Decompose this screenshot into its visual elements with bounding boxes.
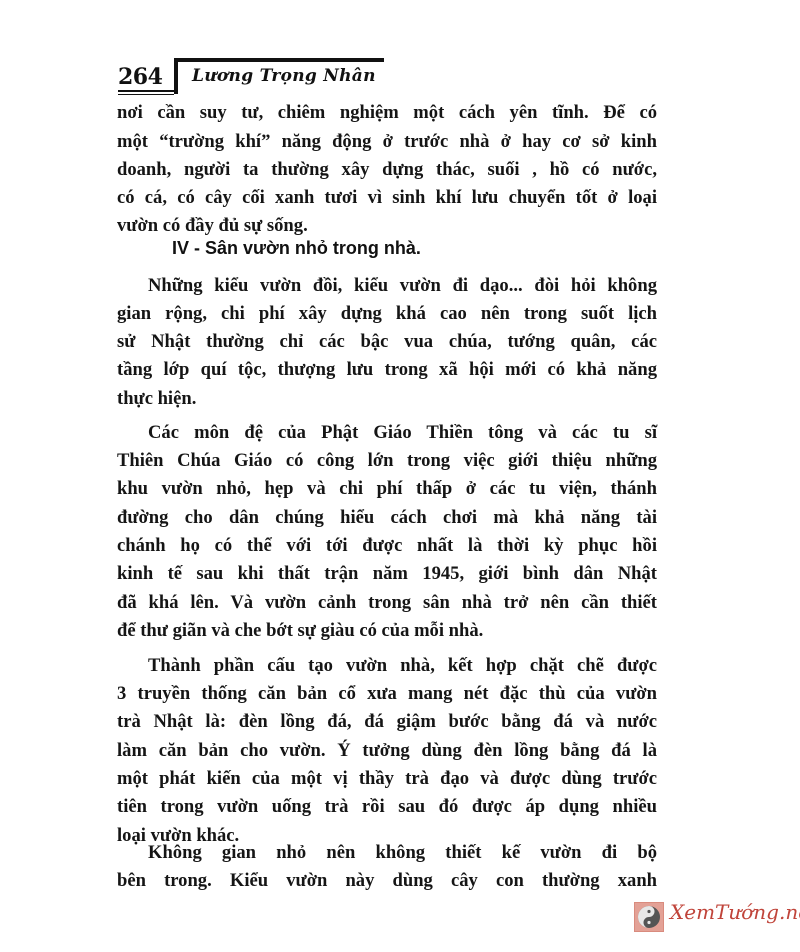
text-line: doanh, người ta thường xây dựng thác, su… [117,159,657,181]
text-line: Thiên Chúa Giáo có công lớn trong việc g… [117,450,657,472]
section-heading: IV - Sân vườn nhỏ trong nhà. [172,238,421,259]
text-line: làm căn bản cho vườn. Ý tưởng dùng đèn l… [117,740,657,762]
text-line: sử Nhật thường chỉ các bậc vua chúa, tướ… [117,331,657,353]
running-head-author: Lương Trọng Nhân [192,66,376,86]
text-line: bên trong. Kiểu vườn này dùng cây con th… [117,870,657,892]
text-line: đã khá lên. Và vườn cảnh trong sân nhà t… [117,592,657,614]
text-line: khu vườn nhỏ, hẹp và chi phí thấp ở các … [117,478,657,500]
text-line: Các môn đệ của Phật Giáo Thiền tông và c… [148,422,657,444]
text-line: một phát kiến của một vị thầy trà đạo và… [117,768,657,790]
text-line: 3 truyền thống căn bản cổ xưa mang nét đ… [117,683,657,705]
text-line: nơi cần suy tư, chiêm nghiệm một cách yê… [117,102,657,124]
text-line: Không gian nhỏ nên không thiết kế vườn đ… [148,842,657,864]
text-line: trà Nhật là: đèn lồng đá, đá giậm bước b… [117,711,657,733]
watermark-text: XemTướng.net [670,900,800,924]
page-number-underline-thin [118,94,174,95]
yin-yang-icon [634,902,664,932]
text-line: có cá, có cây cối xanh tươi vì sinh khí … [117,187,657,209]
text-line: tiên trong vườn uống trà rồi sau đó được… [117,796,657,818]
text-line: một “trường khí” năng động ở trước nhà ở… [117,131,657,153]
text-line: vườn có đầy đủ sự sống. [117,215,657,237]
header-rule-vertical [174,58,178,94]
text-line: Thành phần cấu tạo vườn nhà, kết hợp chặ… [148,655,657,677]
page-number-underline [118,90,174,92]
text-line: chánh họ có thể với tới được nhất là thờ… [117,535,657,557]
page-header: 264 Lương Trọng Nhân [118,50,388,95]
text-line: đường cho dân chúng hiểu cách chơi mà kh… [117,507,657,529]
page-number: 264 [118,64,162,90]
text-line: tầng lớp quí tộc, thượng lưu trong xã hộ… [117,359,657,381]
header-rule-horizontal [174,58,384,62]
text-line: Những kiểu vườn đồi, kiểu vườn đi dạo...… [148,275,657,297]
text-line: thực hiện. [117,388,657,410]
text-line: kinh tế sau khi thất trận năm 1945, giới… [117,563,657,585]
text-line: gian rộng, chi phí xây dựng khá cao nên … [117,303,657,325]
watermark-logo: XemTướng.net [634,898,794,934]
text-line: để thư giãn và che bớt sự giàu có của mỗ… [117,620,657,642]
